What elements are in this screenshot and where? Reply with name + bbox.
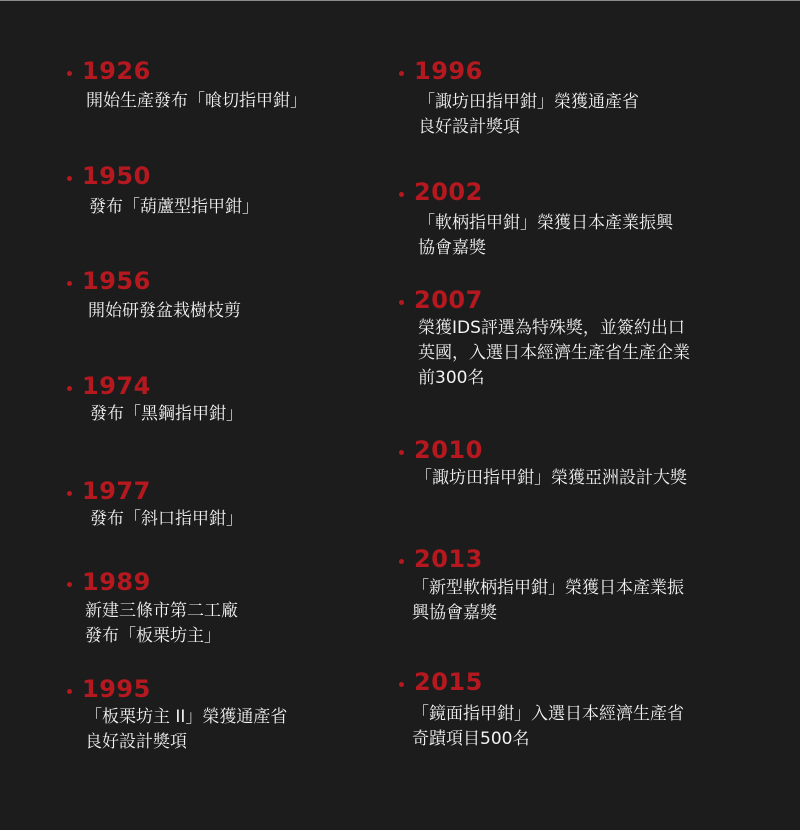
desc-line: 良好設計獎項 xyxy=(85,730,287,755)
year-label: 1996 xyxy=(414,57,483,85)
desc-line: 「諏坊田指甲鉗」榮獲亞洲設計大獎 xyxy=(415,466,687,491)
bullet-dot-icon xyxy=(399,300,404,305)
desc-line: 發布「黑鋼指甲鉗」 xyxy=(90,402,243,427)
desc-line: 「板栗坊主 II」榮獲通產省 xyxy=(85,705,287,730)
year-label: 2007 xyxy=(414,286,483,314)
desc-line: 發布「斜口指甲鉗」 xyxy=(90,507,243,532)
timeline-entry-1950: 1950 發布「葫蘆型指甲鉗」 xyxy=(67,162,259,220)
year-label: 1926 xyxy=(82,57,151,85)
bullet-dot-icon xyxy=(67,386,72,391)
timeline-entry-2002: 2002 「軟柄指甲鉗」榮獲日本產業振興協會嘉獎 xyxy=(399,178,673,261)
bullet-dot-icon xyxy=(399,450,404,455)
bullet-dot-icon xyxy=(67,71,72,76)
desc-line: 「軟柄指甲鉗」榮獲日本產業振興 xyxy=(418,211,673,236)
desc-line: 發布「板栗坊主」 xyxy=(85,624,238,649)
year-label: 2013 xyxy=(414,545,483,573)
desc-line: 「新型軟柄指甲鉗」榮獲日本產業振 xyxy=(412,576,684,601)
year-label: 1956 xyxy=(82,267,151,295)
entry-description: 新建三條市第二工廠發布「板栗坊主」 xyxy=(85,599,238,649)
entry-description: 「鏡面指甲鉗」入選日本經濟生產省奇蹟項目500名 xyxy=(412,702,684,752)
entry-description: 發布「葫蘆型指甲鉗」 xyxy=(89,195,259,220)
timeline-entry-1974: 1974 發布「黑鋼指甲鉗」 xyxy=(67,372,243,427)
timeline-entry-2010: 2010 「諏坊田指甲鉗」榮獲亞洲設計大獎 xyxy=(399,436,687,491)
timeline-entry-1989: 1989 新建三條市第二工廠發布「板栗坊主」 xyxy=(67,568,238,649)
year-label: 2010 xyxy=(414,436,483,464)
timeline-entry-1926: 1926 開始生產發布「喰切指甲鉗」 xyxy=(67,57,307,114)
timeline-entry-1956: 1956 開始研發盆栽樹枝剪 xyxy=(67,267,241,324)
desc-line: 榮獲IDS評選為特殊獎，並簽約出口 xyxy=(418,316,690,341)
desc-line: 「諏坊田指甲鉗」榮獲通產省 xyxy=(418,90,639,115)
bullet-dot-icon xyxy=(399,71,404,76)
entry-description: 開始研發盆栽樹枝剪 xyxy=(88,299,241,324)
bullet-dot-icon xyxy=(399,192,404,197)
timeline-entry-2007: 2007 榮獲IDS評選為特殊獎，並簽約出口英國，入選日本經濟生產省生產企業前3… xyxy=(399,286,690,391)
desc-line: 開始生產發布「喰切指甲鉗」 xyxy=(86,89,307,114)
desc-line: 協會嘉獎 xyxy=(418,236,673,261)
entry-description: 發布「斜口指甲鉗」 xyxy=(90,507,243,532)
bullet-dot-icon xyxy=(67,281,72,286)
year-label: 1950 xyxy=(82,162,151,190)
bullet-dot-icon xyxy=(67,689,72,694)
bullet-dot-icon xyxy=(399,682,404,687)
desc-line: 興協會嘉獎 xyxy=(412,601,684,626)
entry-description: 榮獲IDS評選為特殊獎，並簽約出口英國，入選日本經濟生產省生產企業前300名 xyxy=(418,316,690,391)
year-label: 1989 xyxy=(82,568,151,596)
year-label: 1974 xyxy=(82,372,151,400)
desc-line: 新建三條市第二工廠 xyxy=(85,599,238,624)
bullet-dot-icon xyxy=(67,176,72,181)
bullet-dot-icon xyxy=(399,559,404,564)
desc-line: 開始研發盆栽樹枝剪 xyxy=(88,299,241,324)
desc-line: 良好設計獎項 xyxy=(418,115,639,140)
bullet-dot-icon xyxy=(67,582,72,587)
entry-description: 「諏坊田指甲鉗」榮獲亞洲設計大獎 xyxy=(415,466,687,491)
timeline-entry-1996: 1996 「諏坊田指甲鉗」榮獲通產省良好設計獎項 xyxy=(399,57,639,140)
timeline-entry-1977: 1977 發布「斜口指甲鉗」 xyxy=(67,477,243,532)
entry-description: 發布「黑鋼指甲鉗」 xyxy=(90,402,243,427)
year-label: 1977 xyxy=(82,477,151,505)
desc-line: 英國，入選日本經濟生產省生產企業 xyxy=(418,341,690,366)
desc-line: 發布「葫蘆型指甲鉗」 xyxy=(89,195,259,220)
entry-description: 「板栗坊主 II」榮獲通產省良好設計獎項 xyxy=(85,705,287,755)
timeline-entry-2015: 2015 「鏡面指甲鉗」入選日本經濟生產省奇蹟項目500名 xyxy=(399,668,684,752)
desc-line: 前300名 xyxy=(418,366,690,391)
timeline-entry-1995: 1995 「板栗坊主 II」榮獲通產省良好設計獎項 xyxy=(67,675,287,755)
timeline-entry-2013: 2013 「新型軟柄指甲鉗」榮獲日本產業振興協會嘉獎 xyxy=(399,545,684,626)
bullet-dot-icon xyxy=(67,491,72,496)
entry-description: 開始生產發布「喰切指甲鉗」 xyxy=(86,89,307,114)
year-label: 2015 xyxy=(414,668,483,696)
year-label: 2002 xyxy=(414,178,483,206)
year-label: 1995 xyxy=(82,675,151,703)
entry-description: 「諏坊田指甲鉗」榮獲通產省良好設計獎項 xyxy=(418,90,639,140)
top-border xyxy=(0,0,800,1)
entry-description: 「軟柄指甲鉗」榮獲日本產業振興協會嘉獎 xyxy=(418,211,673,261)
desc-line: 奇蹟項目500名 xyxy=(412,727,684,752)
desc-line: 「鏡面指甲鉗」入選日本經濟生產省 xyxy=(412,702,684,727)
entry-description: 「新型軟柄指甲鉗」榮獲日本產業振興協會嘉獎 xyxy=(412,576,684,626)
